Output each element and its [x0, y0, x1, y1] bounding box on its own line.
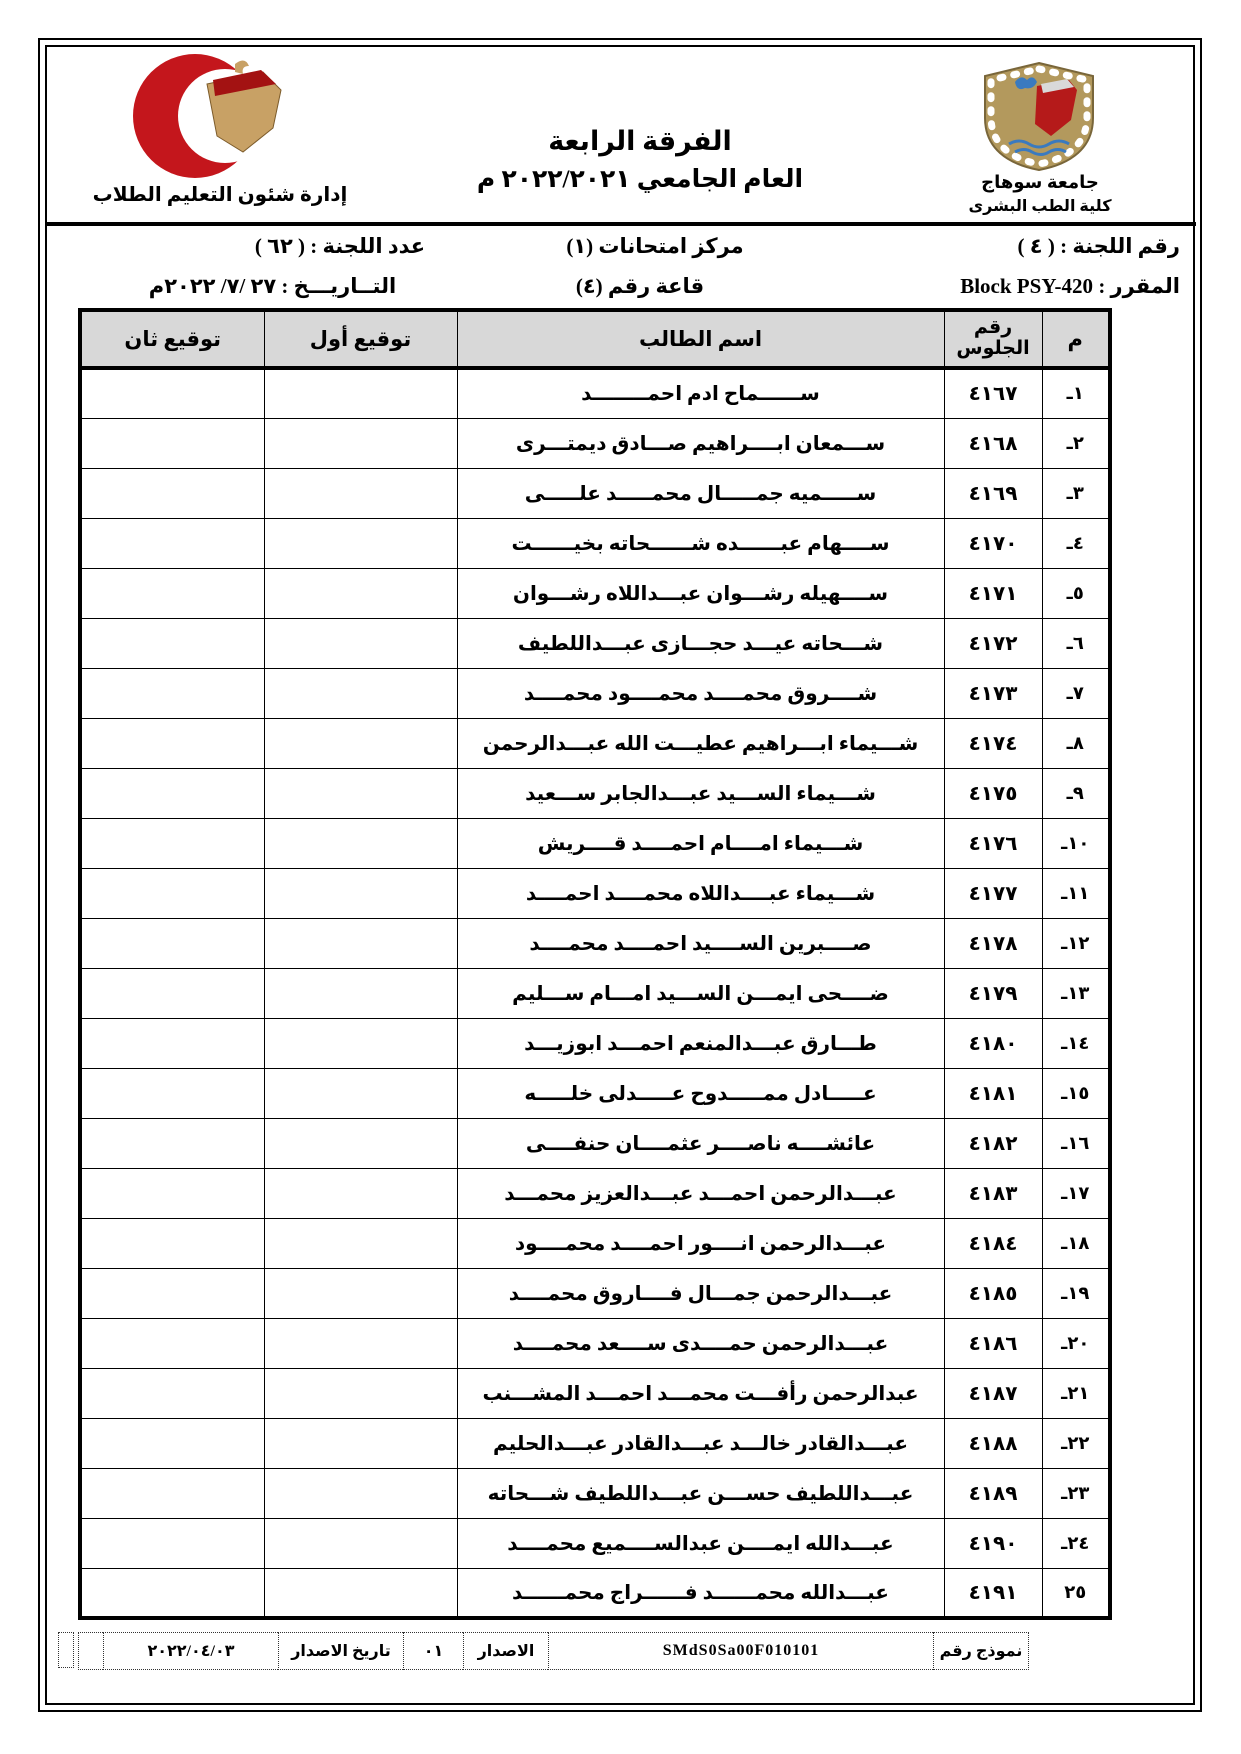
student-name: شــــروق محمــــد محمــــود محمــــد — [457, 668, 944, 718]
first-signature-cell — [264, 568, 457, 618]
seat-number: ٤١٧٩ — [944, 968, 1042, 1018]
first-signature-cell — [264, 1118, 457, 1168]
seat-number: ٤١٨٩ — [944, 1468, 1042, 1518]
table-row: ١ـ٤١٦٧ســــــماح ادم احمــــــــد — [80, 368, 1110, 418]
header-first-signature: توقيع أول — [264, 310, 457, 368]
crescent-logo-icon: جامعة سوهاج كلية الطب — [95, 50, 335, 182]
table-row: ١٤ـ٤١٨٠طـــارق عبـــدالمنعم احمـــد ابوز… — [80, 1018, 1110, 1068]
first-signature-cell — [264, 1068, 457, 1118]
admin-unit-label: إدارة شئون التعليم الطلاب — [55, 182, 385, 207]
seat-number: ٤١٨٣ — [944, 1168, 1042, 1218]
first-signature-cell — [264, 1018, 457, 1068]
course-code: المقرر : Block PSY-420 — [960, 274, 1180, 299]
student-name: ســــهيله رشـــوان عبـــداللاه رشـــوان — [457, 568, 944, 618]
student-name: ســــهام عبــــــده شــــــحاته بخيـــــ… — [457, 518, 944, 568]
first-signature-cell — [264, 918, 457, 968]
seat-number: ٤١٨٠ — [944, 1018, 1042, 1068]
svg-text:جامعة سوهاج: جامعة سوهاج — [975, 60, 980, 63]
table-row: ١٩ـ٤١٨٥عبـــدالرحمن جمـــال فــــاروق مح… — [80, 1268, 1110, 1318]
header-student-name: اسم الطالب — [457, 310, 944, 368]
second-signature-cell — [80, 818, 264, 868]
student-name: عائشــــه ناصــــر عثمــــان حنفــــى — [457, 1118, 944, 1168]
crescent-top-text: جامعة سوهاج — [95, 50, 104, 55]
second-signature-cell — [80, 1118, 264, 1168]
attendance-table-body: ١ـ٤١٦٧ســــــماح ادم احمــــــــد٢ـ٤١٦٨س… — [80, 368, 1110, 1618]
first-signature-cell — [264, 1168, 457, 1218]
seat-number: ٤١٨٨ — [944, 1418, 1042, 1468]
seat-number: ٤١٧١ — [944, 568, 1042, 618]
form-number-label: نموذج رقم — [934, 1633, 1029, 1670]
student-name: عبـــدالرحمن انــــور احمــــد محمــــود — [457, 1218, 944, 1268]
issue-number: ٠١ — [404, 1633, 464, 1670]
table-row: ١٧ـ٤١٨٣عبـــدالرحمن احمـــد عبـــدالعزيز… — [80, 1168, 1110, 1218]
issue-date: ٢٠٢٢/٠٤/٠٣ — [104, 1633, 279, 1670]
second-signature-cell — [80, 1018, 264, 1068]
row-index: ٨ـ — [1042, 718, 1110, 768]
faculty-name: كلية الطب البشرى — [945, 196, 1135, 216]
issue-date-label: تاريخ الاصدار — [279, 1633, 404, 1670]
table-row: ١١ـ٤١٧٧شـــيماء عبــــداللاه محمــــد اح… — [80, 868, 1110, 918]
row-index: ٢٢ـ — [1042, 1418, 1110, 1468]
table-row: ٣ـ٤١٦٩ســـــميه جمـــــال محمـــــد علــ… — [80, 468, 1110, 518]
table-row: ١٦ـ٤١٨٢عائشــــه ناصــــر عثمــــان حنفـ… — [80, 1118, 1110, 1168]
header-divider — [46, 222, 1196, 226]
first-signature-cell — [264, 1518, 457, 1568]
student-name: شـــيماء امــــام احمــــد قــــريش — [457, 818, 944, 868]
svg-text:كلية الطب: كلية الطب — [95, 50, 106, 55]
table-row: ٢٤ـ٤١٩٠عبـــدالله ايمــــن عبدالســــميع… — [80, 1518, 1110, 1568]
student-name: ضــــحى ايمـــن الســـيد امـــام ســـليم — [457, 968, 944, 1018]
row-index: ٤ـ — [1042, 518, 1110, 568]
exam-center: مركز امتحانات (١) — [540, 234, 770, 259]
first-signature-cell — [264, 1268, 457, 1318]
row-index: ٦ـ — [1042, 618, 1110, 668]
table-row: ٢ـ٤١٦٨ســـمعان ابــــراهيم صـــادق ديمتـ… — [80, 418, 1110, 468]
seat-number: ٤١٦٧ — [944, 368, 1042, 418]
table-row: ٦ـ٤١٧٢شـــحاته عيـــد حجـــازى عبـــدالل… — [80, 618, 1110, 668]
first-signature-cell — [264, 768, 457, 818]
header-index: م — [1042, 310, 1110, 368]
student-name: شـــحاته عيـــد حجـــازى عبـــداللطيف — [457, 618, 944, 668]
seat-number: ٤١٧٧ — [944, 868, 1042, 918]
second-signature-cell — [80, 968, 264, 1018]
second-signature-cell — [80, 918, 264, 968]
seat-number: ٤١٨٤ — [944, 1218, 1042, 1268]
hall-number: قاعة رقم (٤) — [545, 274, 735, 299]
student-name: شـــيماء عبــــداللاه محمــــد احمــــد — [457, 868, 944, 918]
student-name: عبـــدالرحمن حمــــدى ســــعد محمــــد — [457, 1318, 944, 1368]
first-signature-cell — [264, 1568, 457, 1618]
seat-number: ٤١٨٧ — [944, 1368, 1042, 1418]
seat-number: ٤١٨٦ — [944, 1318, 1042, 1368]
first-signature-cell — [264, 1418, 457, 1468]
page-title-grade: الفرقة الرابعة — [440, 126, 840, 157]
footer-empty-cell — [79, 1633, 104, 1670]
second-signature-cell — [80, 468, 264, 518]
second-signature-cell — [80, 868, 264, 918]
footer-row: نموذج رقم SMdS0Sa00F010101 الاصدار ٠١ تا… — [79, 1633, 1029, 1670]
student-name: ســــــماح ادم احمــــــــد — [457, 368, 944, 418]
row-index: ١٣ـ — [1042, 968, 1110, 1018]
row-index: ٢٥ — [1042, 1568, 1110, 1618]
first-signature-cell — [264, 1218, 457, 1268]
second-signature-cell — [80, 1218, 264, 1268]
first-signature-cell — [264, 868, 457, 918]
table-row: ١٢ـ٤١٧٨صــــبرين الســــيد احمــــد محمـ… — [80, 918, 1110, 968]
table-row: ١٨ـ٤١٨٤عبـــدالرحمن انــــور احمــــد مح… — [80, 1218, 1110, 1268]
table-row: ١٣ـ٤١٧٩ضــــحى ايمـــن الســـيد امـــام … — [80, 968, 1110, 1018]
shield-bottom-text: جامعة سوهاج — [975, 60, 980, 63]
first-signature-cell — [264, 668, 457, 718]
seat-number: ٤١٧٦ — [944, 818, 1042, 868]
header-seat-line1: رقم — [946, 318, 1041, 339]
committee-number: رقم اللجنة : ( ٤ ) — [1018, 234, 1180, 259]
row-index: ٢١ـ — [1042, 1368, 1110, 1418]
student-name: عبـــداللطيف حســـن عبـــداللطيف شـــحات… — [457, 1468, 944, 1518]
second-signature-cell — [80, 1268, 264, 1318]
seat-number: ٤١٦٨ — [944, 418, 1042, 468]
exam-date: التــاريـــخ : ٢٧ /٧/ ٢٠٢٢م — [105, 274, 440, 299]
second-signature-cell — [80, 1568, 264, 1618]
seat-number: ٤١٦٩ — [944, 468, 1042, 518]
student-name: عبـــدالقادر خالـــد عبـــدالقادر عبـــد… — [457, 1418, 944, 1468]
footer-table: نموذج رقم SMdS0Sa00F010101 الاصدار ٠١ تا… — [78, 1632, 1029, 1670]
second-signature-cell — [80, 1518, 264, 1568]
faculty-crescent-logo: جامعة سوهاج كلية الطب — [95, 50, 335, 182]
header-seat-number: رقم الجلوس — [944, 310, 1042, 368]
first-signature-cell — [264, 1468, 457, 1518]
second-signature-cell — [80, 1368, 264, 1418]
table-row: ٢٣ـ٤١٨٩عبـــداللطيف حســـن عبـــداللطيف … — [80, 1468, 1110, 1518]
row-index: ١٧ـ — [1042, 1168, 1110, 1218]
student-name: طـــارق عبـــدالمنعم احمـــد ابوزيـــد — [457, 1018, 944, 1068]
second-signature-cell — [80, 368, 264, 418]
seat-number: ٤١٨١ — [944, 1068, 1042, 1118]
row-index: ١٩ـ — [1042, 1268, 1110, 1318]
student-name: عبـــدالله محمــــــد فــــــراج محمــــ… — [457, 1568, 944, 1618]
student-name: شـــيماء الســـيد عبـــدالجابر ســـعيد — [457, 768, 944, 818]
student-name: ســـــميه جمـــــال محمـــــد علـــــى — [457, 468, 944, 518]
student-name: ســـمعان ابــــراهيم صـــادق ديمتـــرى — [457, 418, 944, 468]
second-signature-cell — [80, 1418, 264, 1468]
table-row: ٢٠ـ٤١٨٦عبـــدالرحمن حمــــدى ســــعد محم… — [80, 1318, 1110, 1368]
student-name: عبـــدالرحمن احمـــد عبـــدالعزيز محمـــ… — [457, 1168, 944, 1218]
table-row: ٤ـ٤١٧٠ســــهام عبــــــده شــــــحاته بخ… — [80, 518, 1110, 568]
row-index: ٧ـ — [1042, 668, 1110, 718]
first-signature-cell — [264, 518, 457, 568]
table-row: ٩ـ٤١٧٥شـــيماء الســـيد عبـــدالجابر ســ… — [80, 768, 1110, 818]
student-name: شـــيماء ابـــراهيم عطيـــت الله عبـــدا… — [457, 718, 944, 768]
row-index: ١٥ـ — [1042, 1068, 1110, 1118]
seat-number: ٤١٩٠ — [944, 1518, 1042, 1568]
table-row: ٢٥٤١٩١عبـــدالله محمــــــد فــــــراج م… — [80, 1568, 1110, 1618]
table-row: ٥ـ٤١٧١ســــهيله رشـــوان عبـــداللاه رشـ… — [80, 568, 1110, 618]
row-index: ٢٠ـ — [1042, 1318, 1110, 1368]
footer-left-stub — [58, 1632, 74, 1668]
row-index: ٣ـ — [1042, 468, 1110, 518]
table-row: ٨ـ٤١٧٤شـــيماء ابـــراهيم عطيـــت الله ع… — [80, 718, 1110, 768]
row-index: ٥ـ — [1042, 568, 1110, 618]
table-row: ١٥ـ٤١٨١عـــــادل ممـــــدوح عـــــدلى خل… — [80, 1068, 1110, 1118]
table-row: ١٠ـ٤١٧٦شـــيماء امــــام احمــــد قــــر… — [80, 818, 1110, 868]
university-name: جامعة سوهاج — [945, 172, 1135, 193]
attendance-table-wrapper: م رقم الجلوس اسم الطالب توقيع أول توقيع … — [78, 308, 1112, 1620]
student-name: عـــــادل ممـــــدوح عـــــدلى خلـــــه — [457, 1068, 944, 1118]
seat-number: ٤١٧٣ — [944, 668, 1042, 718]
svg-text:جامعة سوهاج: جامعة سوهاج — [95, 50, 104, 55]
second-signature-cell — [80, 1168, 264, 1218]
row-index: ٢٤ـ — [1042, 1518, 1110, 1568]
second-signature-cell — [80, 518, 264, 568]
row-index: ٢٣ـ — [1042, 1468, 1110, 1518]
first-signature-cell — [264, 818, 457, 868]
row-index: ١٨ـ — [1042, 1218, 1110, 1268]
first-signature-cell — [264, 368, 457, 418]
seat-number: ٤١٨٢ — [944, 1118, 1042, 1168]
header-seat-line2: الجلوس — [946, 339, 1041, 360]
student-name: صــــبرين الســــيد احمــــد محمــــد — [457, 918, 944, 968]
first-signature-cell — [264, 468, 457, 518]
seat-number: ٤١٧٢ — [944, 618, 1042, 668]
first-signature-cell — [264, 1368, 457, 1418]
first-signature-cell — [264, 968, 457, 1018]
seat-number: ٤١٩١ — [944, 1568, 1042, 1618]
table-row: ٢١ـ٤١٨٧عبدالرحمن رأفـــت محمـــد احمـــد… — [80, 1368, 1110, 1418]
row-index: ١ـ — [1042, 368, 1110, 418]
row-index: ١٤ـ — [1042, 1018, 1110, 1068]
second-signature-cell — [80, 768, 264, 818]
footer-form-strip: نموذج رقم SMdS0Sa00F010101 الاصدار ٠١ تا… — [78, 1632, 1029, 1670]
second-signature-cell — [80, 718, 264, 768]
seat-number: ٤١٨٥ — [944, 1268, 1042, 1318]
second-signature-cell — [80, 668, 264, 718]
student-name: عبـــدالله ايمــــن عبدالســــميع محمـــ… — [457, 1518, 944, 1568]
form-code: SMdS0Sa00F010101 — [549, 1633, 934, 1670]
student-name: عبدالرحمن رأفـــت محمـــد احمـــد المشــ… — [457, 1368, 944, 1418]
second-signature-cell — [80, 1068, 264, 1118]
committee-count: عدد اللجنة : ( ٦٢ ) — [225, 234, 455, 259]
row-index: ١٦ـ — [1042, 1118, 1110, 1168]
table-row: ٢٢ـ٤١٨٨عبـــدالقادر خالـــد عبـــدالقادر… — [80, 1418, 1110, 1468]
row-index: ٩ـ — [1042, 768, 1110, 818]
header-second-signature: توقيع ثان — [80, 310, 264, 368]
student-name: عبـــدالرحمن جمـــال فــــاروق محمــــد — [457, 1268, 944, 1318]
issue-label: الاصدار — [464, 1633, 549, 1670]
seat-number: ٤١٧٥ — [944, 768, 1042, 818]
university-shield-logo: جامعة سوهاج — [975, 60, 1103, 172]
first-signature-cell — [264, 718, 457, 768]
seat-number: ٤١٧٠ — [944, 518, 1042, 568]
row-index: ١٠ـ — [1042, 818, 1110, 868]
attendance-table: م رقم الجلوس اسم الطالب توقيع أول توقيع … — [78, 308, 1112, 1620]
seat-number: ٤١٧٨ — [944, 918, 1042, 968]
row-index: ٢ـ — [1042, 418, 1110, 468]
first-signature-cell — [264, 1318, 457, 1368]
first-signature-cell — [264, 618, 457, 668]
second-signature-cell — [80, 418, 264, 468]
crescent-bottom-text: كلية الطب — [95, 50, 106, 55]
exam-attendance-sheet: { "header": { "admin_unit": "إدارة شئون … — [0, 0, 1241, 1754]
table-header-row: م رقم الجلوس اسم الطالب توقيع أول توقيع … — [80, 310, 1110, 368]
seat-number: ٤١٧٤ — [944, 718, 1042, 768]
row-index: ١٢ـ — [1042, 918, 1110, 968]
table-row: ٧ـ٤١٧٣شــــروق محمــــد محمــــود محمـــ… — [80, 668, 1110, 718]
second-signature-cell — [80, 568, 264, 618]
second-signature-cell — [80, 618, 264, 668]
page-title-academic-year: العام الجامعي ٢٠٢٢/٢٠٢١ م — [410, 164, 870, 194]
shield-logo-icon: جامعة سوهاج — [975, 60, 1103, 172]
row-index: ١١ـ — [1042, 868, 1110, 918]
second-signature-cell — [80, 1318, 264, 1368]
second-signature-cell — [80, 1468, 264, 1518]
first-signature-cell — [264, 418, 457, 468]
